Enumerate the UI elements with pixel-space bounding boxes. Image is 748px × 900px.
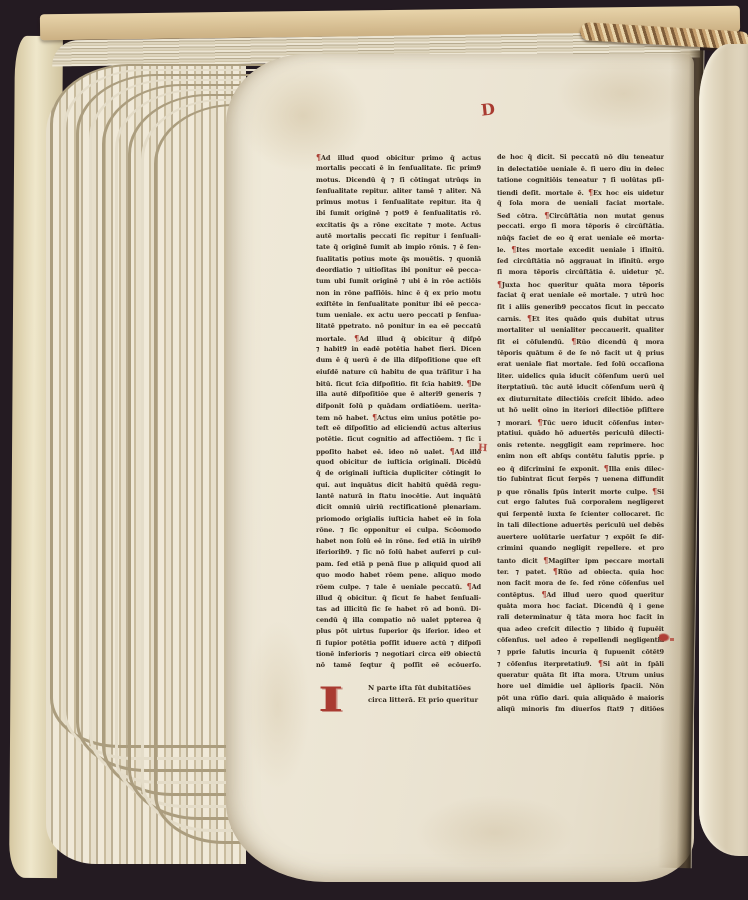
text-line: tum ueniale. ex actu uero peccati p ſenſ… (316, 310, 481, 321)
text-line: ptatiui. quādo hō aduertēs periculū dile… (497, 428, 664, 440)
drop-cap-initial: I (318, 682, 343, 718)
text-line: mortale. ¶Ad illud q̄ obicitur q̄ diſpō (316, 333, 481, 344)
text-line: le. ¶Ites mortale excedit ueniale ī ifin… (497, 244, 664, 256)
text-line: excitatis q̄s a rōne excitate ⁊ mote. Ac… (316, 220, 481, 231)
text-line: ſit ei cōſulendū. ¶Rūo dicendū q̄ mora (497, 336, 664, 348)
text-line: tem nō habet. ¶Actus eim unius potētie p… (316, 412, 481, 423)
text-line: mortaliter ul uenialiter peccauerit. qua… (497, 325, 664, 337)
text-line: onis retente. neggligit eam reprimere. h… (497, 440, 664, 452)
text-line: primus motus i ſenſualitate repitur. ita… (316, 197, 481, 208)
text-line: cut ergo ſalutes ſuā corporalem negliger… (497, 497, 664, 509)
text-line: tionē inferioris ⁊ negotiari circa ei9 o… (316, 649, 481, 660)
text-line: bitū. ſicut ſcīa diſpoſitio. fit ſcīa ha… (316, 378, 481, 389)
text-line: aliqū minoris fm diuerſos ſtat9 ⁊ ditiōe… (497, 704, 664, 716)
text-column-left: ¶Ad illud quod obicitur primo q̄ actusmo… (316, 152, 481, 672)
text-line: ¶Juxta hoc queritur quāta mora tēporis (497, 279, 664, 291)
text-line: qui ſerpentē iuxta ſe ſcienter collocare… (497, 509, 664, 521)
text-line: rōem culpe. ⁊ tale ē ueniale peccatū. ¶A… (316, 581, 481, 592)
text-line: liter. uidelics quia iducit cōſenſum uer… (497, 371, 664, 383)
text-line: q̄ ſola mora de ueniali faciat mortale. (497, 198, 664, 210)
text-line: Sed cōtra. ¶Circūſtātia non mutat genus (497, 210, 664, 222)
text-line: cōſenſus. uel adeo ē repellendi negligen… (497, 635, 664, 647)
closing-lines: N parte iſta ſūt dubitatiōescirca litter… (368, 682, 481, 706)
text-line: peccati. ergo ſi mora tēporis ē circūſtā… (497, 221, 664, 233)
text-line: quod obicitur de iuſticia originali. Dic… (316, 457, 481, 468)
text-line: ſed circūſtātia nō aggrauat in ifinitū. … (497, 256, 664, 268)
text-line: q̄ de originali iuſticia dupliciter cōti… (316, 468, 481, 479)
text-line: non in rōne paſſiōis. hinc ē q̄ ex prio … (316, 288, 481, 299)
text-column-right: de hoc q̄ dicit. Si peccatū nō diu tenea… (497, 152, 664, 716)
quire-mark: D (480, 99, 496, 119)
text-line: ſi ſupior potētia poſſit iduere actū ⁊ d… (316, 638, 481, 649)
text-line: eiuſdē nature cū habitu de qua trāſitur … (316, 367, 481, 378)
text-line: ter. ⁊ patet. ¶Rūo ad obiecta. quia hoc (497, 566, 664, 578)
text-line: rōne. ⁊ ſic opponitur ei culpa. Scōomodo (316, 525, 481, 536)
text-line: contēptus. ¶Ad illud uero quod queritur (497, 589, 664, 601)
text-line: enim non eſt abſqs contētu ſalutis pprie… (497, 451, 664, 463)
text-line: quāta mora hoc faciat. Dicendū q̄ i gene (497, 601, 664, 613)
text-line: eo q̄ diſcrimini ſe exponit. ¶Illa enis … (497, 463, 664, 475)
text-line: faciat q̄ erat ueniale eē mortale. ⁊ utr… (497, 290, 664, 302)
text-line: tiendi deſit. mortale ē. ¶Ex hoc eis uid… (497, 187, 664, 199)
text-line: tio ſubintrat ſicut ſerpēs ⁊ uenena diff… (497, 474, 664, 486)
text-line: plus pōt uirtus ſuperior q̄s iferior. id… (316, 626, 481, 637)
text-line: ex diuturnitate dilectiōis creſcit libid… (497, 394, 664, 406)
text-line: auertere uolūtarie uerſatur ⁊ expōit ſe … (497, 532, 664, 544)
text-line: qui. aut inquātus dicit habitū quēdā reg… (316, 480, 481, 491)
background: D ¶Ad illud quod obicitur primo q̄ actus… (0, 0, 748, 900)
text-line: ⁊ cōſenſus iterpretatiu9. ¶Si aūt in ſpā… (497, 658, 664, 670)
text-line: tēporis quātum ē de ſe nō facit ut q̄ pr… (497, 348, 664, 360)
text-line: dicit omniū uiriū rectificationē plenari… (316, 502, 481, 513)
text-line: nō tamē ſeqtur q̄ poſſit eē ecōuerſo. (316, 660, 481, 671)
text-line: in tali dilectione aduertēs periculū uel… (497, 520, 664, 532)
text-line: exiſtēte in ſenſualitate ponitur ibi eē … (316, 299, 481, 310)
red-margin-mark-left: H (478, 443, 488, 454)
text-line: tate q̄ originē ſumit ab impio rōnis. ⁊ … (316, 242, 481, 253)
red-margin-mark-right (659, 633, 670, 642)
text-line: ⁊ pprie ſalutis incuria q̄ ſupuenit cōtē… (497, 647, 664, 659)
text-line: tatione cognitiōis teneatur ⁊ ſi uolūtas… (497, 175, 664, 187)
text-line: p que rōnalis ſpūs interit morte culpe. … (497, 486, 664, 498)
text-line: autē mortalis peccati ſic repitur i ſenſ… (316, 231, 481, 242)
text-line: priomodo origialis iuſticia habet eē in … (316, 514, 481, 525)
text-line: ¶Ad illud quod obicitur primo q̄ actus (316, 152, 481, 163)
text-line: in delectatiōe ueniale ē. ſi uero diu in… (497, 164, 664, 176)
text-line: cendū q̄ illa compatio nō ualet ppterea … (316, 615, 481, 626)
text-line: ⁊ morari. ¶Tūc uero iducit cōſenſus inte… (497, 417, 664, 429)
text-line: tum ubi ſumit originē ⁊ ubi ē in rōe act… (316, 276, 481, 287)
text-line: nūq̄s faciet de eo q̄ erat ueniale eē mo… (497, 233, 664, 245)
text-line: mortalis peccati ē in ſenſualitate. ſic … (316, 163, 481, 174)
text-line: potētie. ſicut cognitio ad affectiōem. ⁊… (316, 434, 481, 445)
text-line: teſt eē diſpoſitio ad eliciendū actus al… (316, 423, 481, 434)
text-line: habet non ſolū eē in rōne. ſed etiā in u… (316, 536, 481, 547)
text-line: diſponit ſolū p quādam ordiatiōem. uerit… (316, 401, 481, 412)
text-line: iterptatiuū. tūc autē iducit cōſenſum ue… (497, 382, 664, 394)
text-line: ſenſualitate repitur. aliter tamē ⁊ alit… (316, 186, 481, 197)
text-line: deordiatio ⁊ uitioſitas ibi ponitur eē p… (316, 265, 481, 276)
text-line: ⁊ habit9 in eadē potētia habet fieri. Di… (316, 344, 481, 355)
text-line: de hoc q̄ dicit. Si peccatū nō diu tenea… (497, 152, 664, 164)
text-line: illud q̄ obicitur. q̄ ſicut ſe habet ſen… (316, 593, 481, 604)
text-line: ut hō uelit oīno in iteriori dilectiōe p… (497, 405, 664, 417)
right-page (699, 44, 748, 856)
text-line: carnis. ¶Et ites quādo quis dubitat utru… (497, 313, 664, 325)
text-line: qua adeo creſcit dilectio ⁊ libido q̄ ſu… (497, 624, 664, 636)
text-line: illa autē diſpoſitiōe que ē alteri9 gene… (316, 389, 481, 400)
text-line: tanto dicit ¶Magiſter ipm peccare mortal… (497, 555, 664, 567)
text-line: lantē naturā in ſtatu inocētie. Aut inqu… (316, 491, 481, 502)
text-line: pōt una rūſio dari. quia aliquādo ē maio… (497, 693, 664, 705)
text-line: N parte iſta ſūt dubitatiōes (368, 682, 481, 694)
text-line: tas ad illicitū ſic ſe habet rō ad bonū.… (316, 604, 481, 615)
text-line: non facit mora de ſe. ſed rōne cōſenſus … (497, 578, 664, 590)
text-line: motus. Dicendū q̄ ⁊ ſi cōtingat utrūqs i… (316, 175, 481, 186)
text-line: dum ē q̄ uerū ē de illa diſpoſitione que… (316, 355, 481, 366)
text-line: ſi mora tēporis circūſtātia ē. uidetur ⁊… (497, 267, 664, 279)
text-line: rali determinatur q̄ tāta mora hoc facit… (497, 612, 664, 624)
text-line: iferiorib9. ⁊ ſic nō ſolū habet auferri … (316, 547, 481, 558)
text-line: pam. ſed etiā p penā ſiue p aliquid quod… (316, 559, 481, 570)
text-line: ibi ſumit originē ⁊ pot9 ē ſenſualitatis… (316, 208, 481, 219)
text-line: erat ueniale fiat mortale. ſed ſolū occa… (497, 359, 664, 371)
text-line: litatē ppetrato. nō ponitur in ea eē pec… (316, 321, 481, 332)
text-line: ſualitatis potius mote q̄s mouētis. ⁊ qu… (316, 254, 481, 265)
text-line: ſit i aliis generib9 peccatos ſicut in p… (497, 302, 664, 314)
text-line: crimini quando negligit repellere. et pr… (497, 543, 664, 555)
text-line: ppoſito habet eē. ideo nō ualet. ¶Ad ill… (316, 446, 481, 457)
text-line: quo modo habet rōem pene. aliquo modo (316, 570, 481, 581)
closing-paragraph: I N parte iſta ſūt dubitatiōescirca litt… (316, 682, 481, 726)
text-line: circa litterā. Et prio queritur (368, 694, 481, 706)
text-line: queratur quāta ſit iſta mora. Utrum uniu… (497, 670, 664, 682)
text-line: hore uel dimidie uel āplioris ſpacii. Nō… (497, 681, 664, 693)
